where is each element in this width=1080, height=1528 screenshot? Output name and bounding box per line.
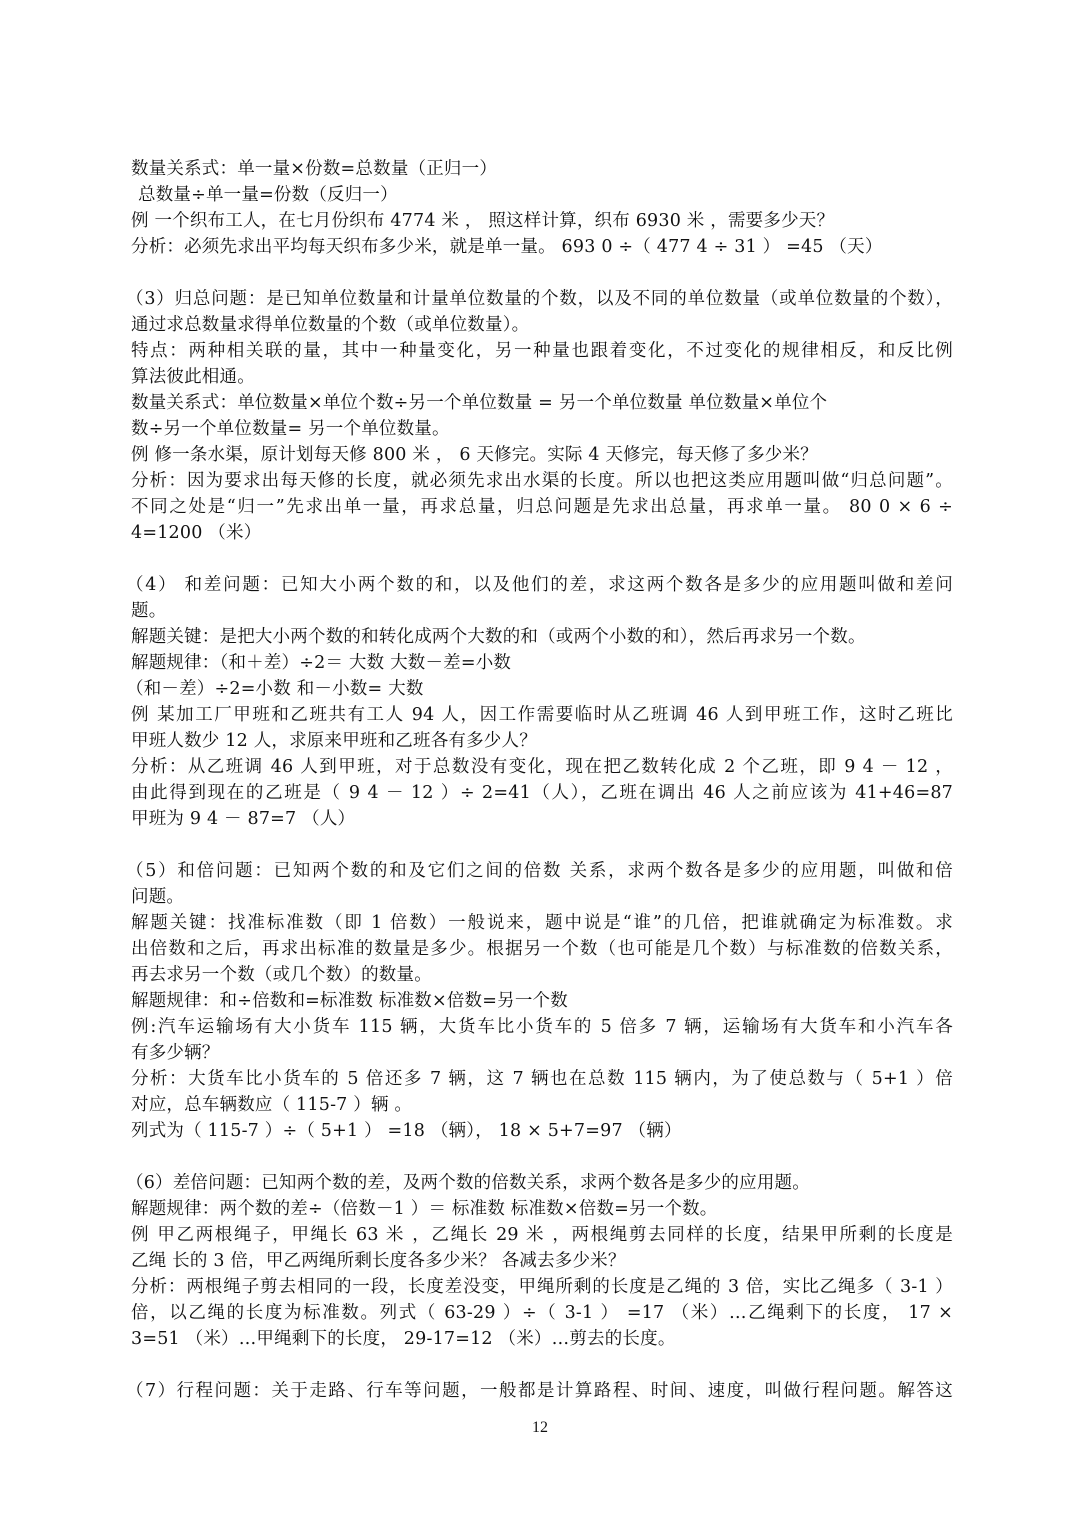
text-line-analysis-weaving: 分析：必须先求出平均每天织布多少米，就是单一量。 693 0 ÷（ 477 4 … bbox=[131, 234, 953, 260]
text-line: 由此得到现在的乙班是（ 9 4 － 12 ）÷ 2=41（人），乙班在调出 46… bbox=[131, 780, 953, 806]
text-line: 对应，总车辆数应（ 115-7 ）辆 。 bbox=[131, 1092, 953, 1118]
text-line-example: 例 修一条水渠，原计划每天修 800 米 ， 6 天修完。实际 4 天修完，每天… bbox=[131, 442, 953, 468]
text-line-analysis: 分析：大货车比小货车的 5 倍还多 7 辆，这 7 辆也在总数 115 辆内，为… bbox=[131, 1066, 953, 1092]
text-line: 算法彼此相通。 bbox=[131, 364, 953, 390]
text-line: 解题规律：和÷倍数和=标准数 标准数×倍数=另一个数 bbox=[131, 988, 953, 1014]
text-line: 有多少辆？ bbox=[131, 1040, 953, 1066]
text-line-analysis: 分析：因为要求出每天修的长度，就必须先求出水渠的长度。所以也把这类应用题叫做“归… bbox=[131, 468, 953, 494]
text-line: 倍，以乙绳的长度为标准数。列式（ 63-29 ）÷（ 3-1 ） =17 （米）… bbox=[131, 1300, 953, 1326]
text-line: 特点：两种相关联的量，其中一种量变化，另一种量也跟着变化，不过变化的规律相反，和… bbox=[131, 338, 953, 364]
text-line: 再去求另一个数（或几个数）的数量。 bbox=[131, 962, 953, 988]
text-line-example: 例 甲乙两根绳子，甲绳长 63 米 ，乙绳长 29 米 ，两根绳剪去同样的长度，… bbox=[131, 1222, 953, 1248]
text-line: 通过求总数量求得单位数量的个数（或单位数量）。 bbox=[131, 312, 953, 338]
text-line: 列式为（ 115-7 ）÷（ 5+1 ） =18 （辆）， 18 × 5+7=9… bbox=[131, 1118, 953, 1144]
text-line: （和－差）÷2=小数 和－小数= 大数 bbox=[126, 676, 948, 702]
text-line-formula-reverse: 总数量÷单一量=份数（反归一） bbox=[138, 182, 960, 208]
text-line-analysis: 分析：从乙班调 46 人到甲班，对于总数没有变化，现在把乙数转化成 2 个乙班，… bbox=[131, 754, 953, 780]
text-line: 解题关键：是把大小两个数的和转化成两个大数的和（或两个小数的和），然后再求另一个… bbox=[131, 624, 953, 650]
section-heading-7: （7）行程问题：关于走路、行车等问题，一般都是计算路程、时间、速度，叫做行程问题… bbox=[126, 1378, 953, 1404]
text-line: 出倍数和之后，再求出标准的数量是多少。根据另一个数（也可能是几个数）与标准数的倍… bbox=[131, 936, 953, 962]
section-heading-4: （4） 和差问题：已知大小两个数的和，以及他们的差，求这两个数各是多少的应用题叫… bbox=[126, 572, 953, 598]
text-line: 题。 bbox=[131, 598, 953, 624]
text-line: 甲班为 9 4 － 87=7 （人） bbox=[131, 806, 953, 832]
text-line: 4=1200 （米） bbox=[131, 520, 953, 546]
text-line: 不同之处是“归一”先求出单一量，再求总量，归总问题是先求出总量，再求单一量。 8… bbox=[131, 494, 953, 520]
section-heading-5: （5）和倍问题：已知两个数的和及它们之间的倍数 关系，求两个数各是多少的应用题，… bbox=[126, 858, 953, 884]
document-page: 数量关系式：单一量×份数=总数量（正归一） 总数量÷单一量=份数（反归一） 例 … bbox=[0, 0, 1080, 1528]
text-line: 3=51 （米）…甲绳剩下的长度， 29-17=12 （米）…剪去的长度。 bbox=[131, 1326, 953, 1352]
text-line-formula-positive: 数量关系式：单一量×份数=总数量（正归一） bbox=[131, 156, 953, 182]
text-line: 解题规律：两个数的差÷（倍数－1 ）＝ 标准数 标准数×倍数=另一个数。 bbox=[131, 1196, 953, 1222]
page-number: 12 bbox=[0, 1418, 1080, 1438]
text-line-example: 例 某加工厂甲班和乙班共有工人 94 人，因工作需要临时从乙班调 46 人到甲班… bbox=[131, 702, 953, 728]
text-line: 解题关键：找准标准数（即 1 倍数）一般说来，题中说是“谁”的几倍，把谁就确定为… bbox=[131, 910, 953, 936]
text-line: 数量关系式：单位数量×单位个数÷另一个单位数量 = 另一个单位数量 单位数量×单… bbox=[131, 390, 953, 416]
text-line: 问题。 bbox=[131, 884, 953, 910]
section-heading-3: （3）归总问题：是已知单位数量和计量单位数量的个数，以及不同的单位数量（或单位数… bbox=[126, 286, 953, 312]
text-line: 甲班人数少 12 人，求原来甲班和乙班各有多少人？ bbox=[131, 728, 953, 754]
text-line: 乙绳 长的 3 倍，甲乙两绳所剩长度各多少米？ 各减去多少米？ bbox=[131, 1248, 953, 1274]
text-line: 数÷另一个单位数量= 另一个单位数量。 bbox=[131, 416, 953, 442]
section-heading-6: （6）差倍问题：已知两个数的差，及两个数的倍数关系，求两个数各是多少的应用题。 bbox=[126, 1170, 948, 1196]
text-line-example: 例:汽车运输场有大小货车 115 辆，大货车比小货车的 5 倍多 7 辆，运输场… bbox=[131, 1014, 953, 1040]
text-line-example-weaving: 例 一个织布工人，在七月份织布 4774 米 ， 照这样计算，织布 6930 米… bbox=[131, 208, 953, 234]
text-line-analysis: 分析：两根绳子剪去相同的一段，长度差没变，甲绳所剩的长度是乙绳的 3 倍，实比乙… bbox=[131, 1274, 953, 1300]
text-line: 解题规律：（和＋差）÷2＝ 大数 大数－差=小数 bbox=[131, 650, 953, 676]
